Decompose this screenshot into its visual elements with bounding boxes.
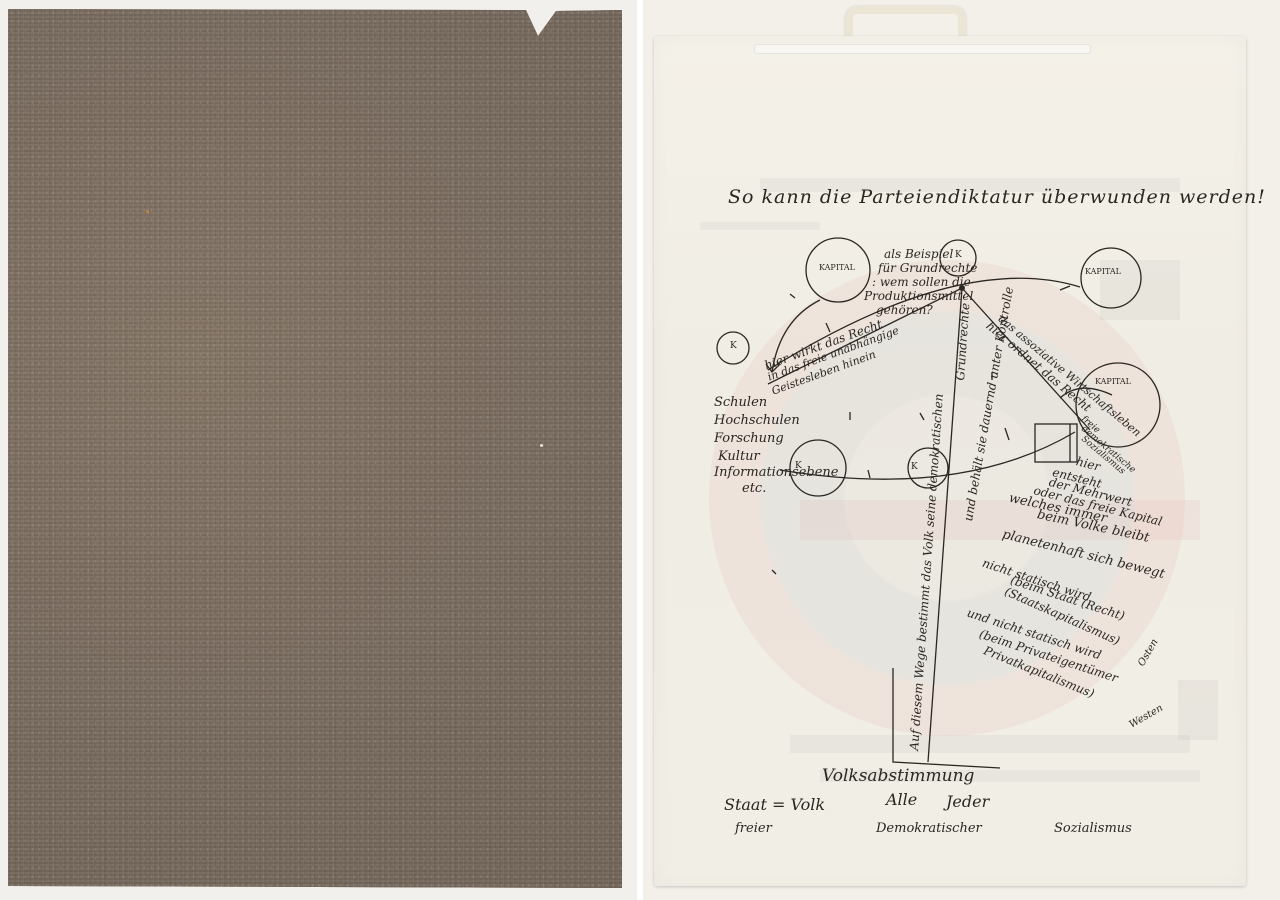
demokratischer-label: Demokratischer: [876, 822, 982, 835]
alle-label: Alle: [886, 792, 917, 808]
staat-volk-label: Staat = Volk: [724, 797, 825, 813]
k-label: K: [730, 342, 737, 351]
drawing-title: So kann die Parteiendiktatur überwunden …: [728, 188, 1266, 207]
top-note-line: als Beispiel: [884, 248, 953, 260]
kapital-label: KAPITAL: [819, 264, 855, 272]
kapital-label: KAPITAL: [1085, 268, 1121, 276]
left-list-item: Hochschulen: [714, 414, 800, 427]
top-note-line: Produktionsmittel: [864, 290, 973, 302]
freier-label: freier: [735, 822, 772, 835]
left-list-item: Informationsebene: [714, 466, 838, 479]
k-label: K: [911, 463, 918, 472]
left-list-item: etc.: [742, 482, 766, 495]
volksabstimmung-label: Volksabstimmung: [822, 768, 974, 785]
top-note-line: : wem sollen die: [872, 276, 971, 288]
top-note-line: gehören?: [876, 304, 933, 316]
kapital-label: KAPITAL: [1095, 378, 1131, 386]
jeder-label: Jeder: [946, 794, 989, 810]
sozialismus-label: Sozialismus: [1054, 822, 1132, 835]
top-note-line: für Grundrechte: [878, 262, 977, 274]
k-label: K: [955, 251, 962, 260]
left-list-item: Kultur: [718, 450, 760, 463]
left-list-item: Schulen: [714, 396, 767, 409]
left-list-item: Forschung: [714, 432, 784, 445]
